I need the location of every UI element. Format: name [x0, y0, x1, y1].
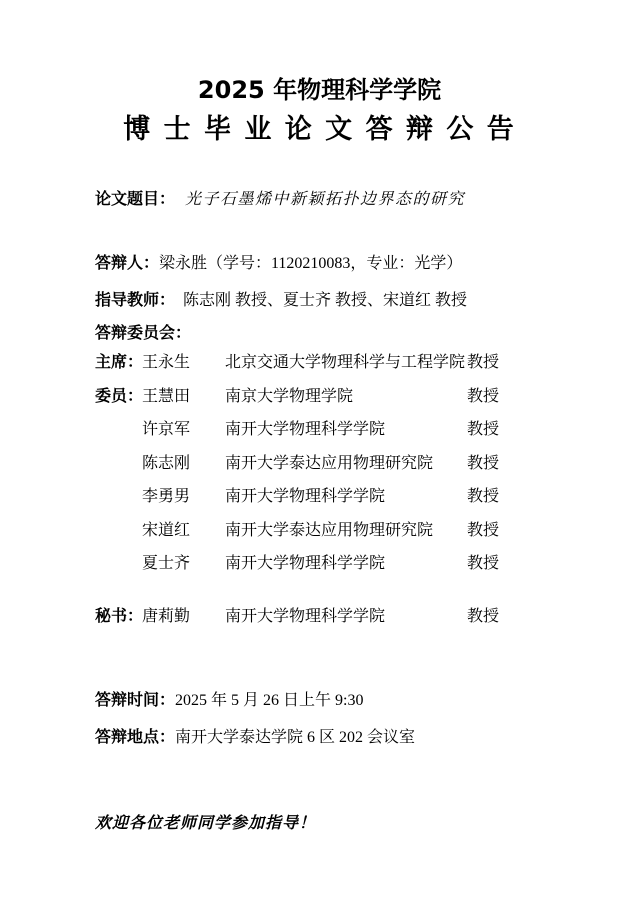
committee-member-name: 李勇男	[142, 489, 225, 505]
committee-table: 主席： 王永生 北京交通大学物理科学与工程学院 教授 委员： 王慧田 南京大学物…	[95, 355, 589, 590]
committee-role: 委员：	[95, 389, 142, 405]
committee-member-affiliation: 南开大学物理科学学院	[225, 489, 467, 505]
secretary-name: 唐莉勤	[142, 609, 225, 625]
committee-row-chair: 主席： 王永生 北京交通大学物理科学与工程学院 教授	[95, 355, 589, 389]
thesis-title-label: 论文题目：	[95, 191, 175, 208]
committee-member-title: 教授	[467, 523, 589, 539]
committee-row-member: 陈志刚 南开大学泰达应用物理研究院 教授	[95, 456, 589, 490]
committee-member-name: 许京军	[142, 422, 225, 438]
committee-member-affiliation: 南开大学泰达应用物理研究院	[225, 456, 467, 472]
advisors-row: 指导教师：陈志刚 教授、夏士齐 教授、宋道红 教授	[95, 293, 589, 309]
committee-member-title: 教授	[467, 389, 589, 405]
committee-member-title: 教授	[467, 355, 589, 371]
committee-member-name: 夏士齐	[142, 556, 225, 572]
defense-time-value: 2025 年 5 月 26 日上午 9:30	[175, 692, 363, 709]
secretary-role: 秘书：	[95, 609, 142, 625]
committee-member-affiliation: 南开大学物理科学学院	[225, 422, 467, 438]
committee-member-name: 宋道红	[142, 523, 225, 539]
committee-member-affiliation: 北京交通大学物理科学与工程学院	[225, 355, 467, 371]
committee-row-member: 宋道红 南开大学泰达应用物理研究院 教授	[95, 523, 589, 557]
committee-member-affiliation: 南开大学物理科学学院	[225, 556, 467, 572]
secretary-title: 教授	[467, 609, 589, 625]
committee-member-title: 教授	[467, 556, 589, 572]
title-line-year-college: 2025 年物理科学学院	[0, 78, 639, 102]
committee-role: 主席：	[95, 355, 142, 371]
title-line-announcement: 博 士 毕 业 论 文 答 辩 公 告	[0, 116, 639, 144]
defense-place-row: 答辩地点：南开大学泰达学院 6 区 202 会议室	[95, 730, 589, 746]
thesis-title-value: 光子石墨烯中新颖拓扑边界态的研究	[185, 191, 465, 208]
committee-member-affiliation: 南京大学物理学院	[225, 389, 467, 405]
secretary-affiliation: 南开大学物理科学学院	[225, 609, 467, 625]
committee-row-member: 许京军 南开大学物理科学学院 教授	[95, 422, 589, 456]
committee-member-name: 王慧田	[142, 389, 225, 405]
committee-member-title: 教授	[467, 422, 589, 438]
committee-row-secretary: 秘书： 唐莉勤 南开大学物理科学学院 教授	[95, 609, 589, 643]
defense-time-label: 答辩时间：	[95, 692, 175, 709]
committee-member-title: 教授	[467, 489, 589, 505]
candidate-row: 答辩人：梁永胜（学号：1120210083，专业：光学）	[95, 256, 589, 272]
candidate-label: 答辩人：	[95, 255, 159, 272]
committee-heading: 答辩委员会：	[95, 326, 589, 342]
advisors-value: 陈志刚 教授、夏士齐 教授、宋道红 教授	[183, 292, 467, 309]
candidate-value: 梁永胜（学号：1120210083，专业：光学）	[159, 255, 462, 272]
committee-member-title: 教授	[467, 456, 589, 472]
defense-place-value: 南开大学泰达学院 6 区 202 会议室	[175, 729, 415, 746]
committee-member-name: 王永生	[142, 355, 225, 371]
committee-row-member: 李勇男 南开大学物理科学学院 教授	[95, 489, 589, 523]
committee-member-name: 陈志刚	[142, 456, 225, 472]
committee-row-member: 委员： 王慧田 南京大学物理学院 教授	[95, 389, 589, 423]
advisors-label: 指导教师：	[95, 292, 175, 309]
committee-member-affiliation: 南开大学泰达应用物理研究院	[225, 523, 467, 539]
defense-time-row: 答辩时间：2025 年 5 月 26 日上午 9:30	[95, 693, 589, 709]
welcome-note: 欢迎各位老师同学参加指导！	[95, 816, 589, 832]
announcement-document: 2025 年物理科学学院 博 士 毕 业 论 文 答 辩 公 告 论文题目：光子…	[0, 0, 639, 904]
document-title: 2025 年物理科学学院 博 士 毕 业 论 文 答 辩 公 告	[0, 0, 639, 144]
committee-row-member: 夏士齐 南开大学物理科学学院 教授	[95, 556, 589, 590]
thesis-title-row: 论文题目：光子石墨烯中新颖拓扑边界态的研究	[95, 192, 589, 208]
defense-place-label: 答辩地点：	[95, 729, 175, 746]
